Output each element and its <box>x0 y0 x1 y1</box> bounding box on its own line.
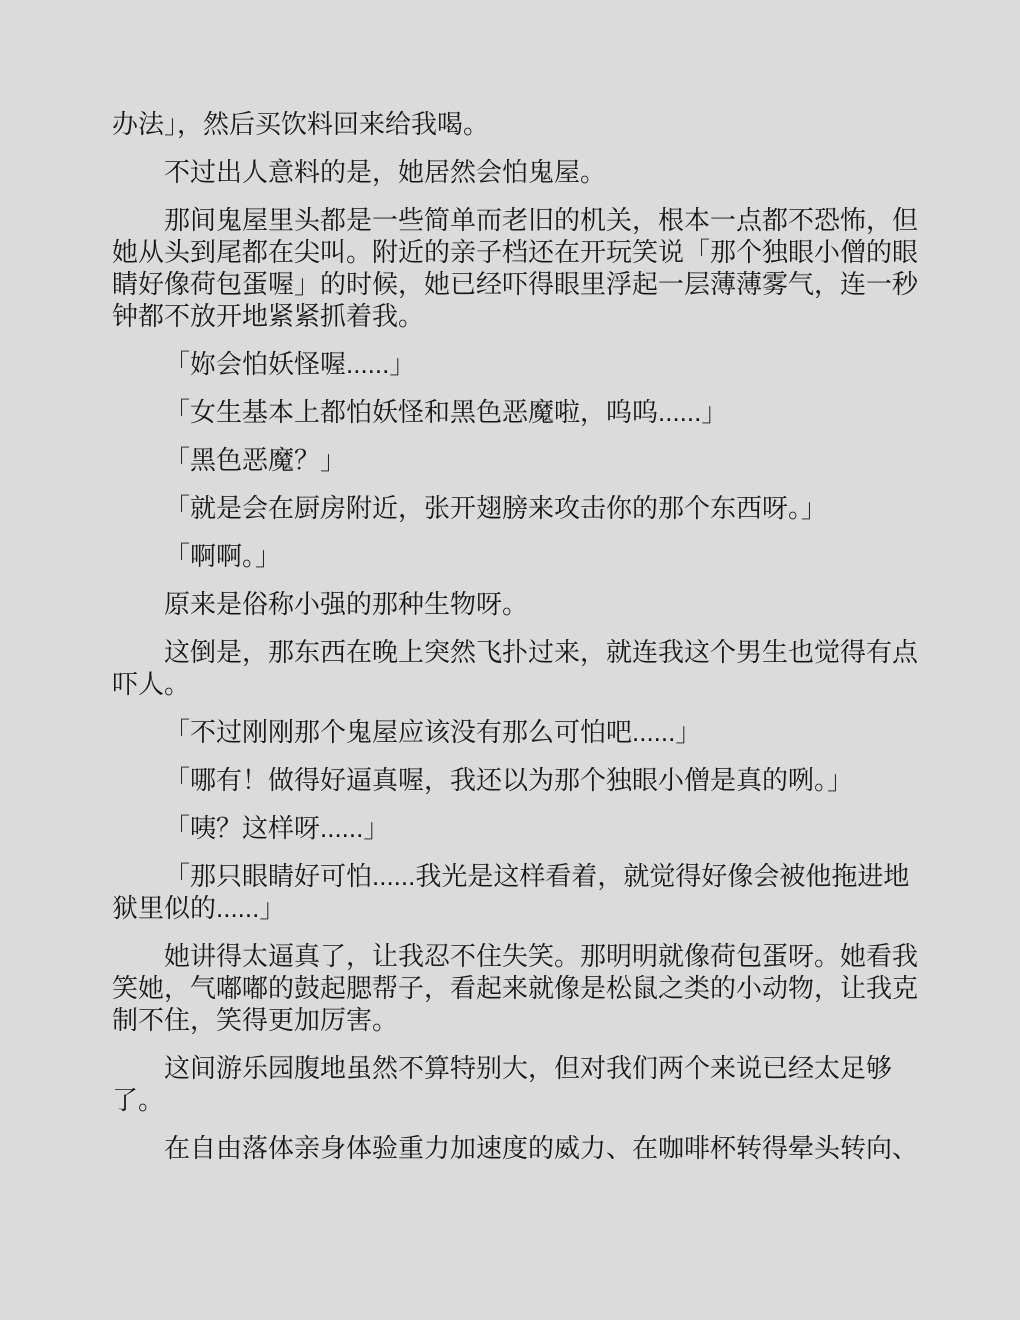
paragraph: 原来是俗称小强的那种生物呀。 <box>112 588 920 620</box>
paragraph: 这间游乐园腹地虽然不算特别大，但对我们两个来说已经太足够了。 <box>112 1052 920 1116</box>
paragraph: 不过出人意料的是，她居然会怕鬼屋。 <box>112 156 920 188</box>
paragraph: 「哪有！做得好逼真喔，我还以为那个独眼小僧是真的咧。」 <box>112 764 920 796</box>
paragraph: 这倒是，那东西在晚上突然飞扑过来，就连我这个男生也觉得有点吓人。 <box>112 636 920 700</box>
paragraph: 她讲得太逼真了，让我忍不住失笑。那明明就像荷包蛋呀。她看我笑她，气嘟嘟的鼓起腮帮… <box>112 940 920 1036</box>
paragraph: 办法」，然后买饮料回来给我喝。 <box>112 108 920 140</box>
paragraph: 「不过刚刚那个鬼屋应该没有那么可怕吧......」 <box>112 716 920 748</box>
paragraph: 「就是会在厨房附近，张开翅膀来攻击你的那个东西呀。」 <box>112 492 920 524</box>
novel-text-body: 办法」，然后买饮料回来给我喝。不过出人意料的是，她居然会怕鬼屋。那间鬼屋里头都是… <box>112 108 920 1164</box>
paragraph: 「啊啊。」 <box>112 540 920 572</box>
paragraph: 「女生基本上都怕妖怪和黑色恶魔啦，呜呜......」 <box>112 396 920 428</box>
paragraph: 「黑色恶魔？」 <box>112 444 920 476</box>
paragraph: 在自由落体亲身体验重力加速度的威力、在咖啡杯转得晕头转向、 <box>112 1132 920 1164</box>
paragraph: 那间鬼屋里头都是一些简单而老旧的机关，根本一点都不恐怖，但她从头到尾都在尖叫。附… <box>112 204 920 332</box>
paragraph: 「那只眼睛好可怕......我光是这样看着，就觉得好像会被他拖进地狱里似的...… <box>112 860 920 924</box>
paragraph: 「咦？这样呀......」 <box>112 812 920 844</box>
paragraph: 「妳会怕妖怪喔......」 <box>112 348 920 380</box>
novel-page: 办法」，然后买饮料回来给我喝。不过出人意料的是，她居然会怕鬼屋。那间鬼屋里头都是… <box>0 0 1020 1320</box>
